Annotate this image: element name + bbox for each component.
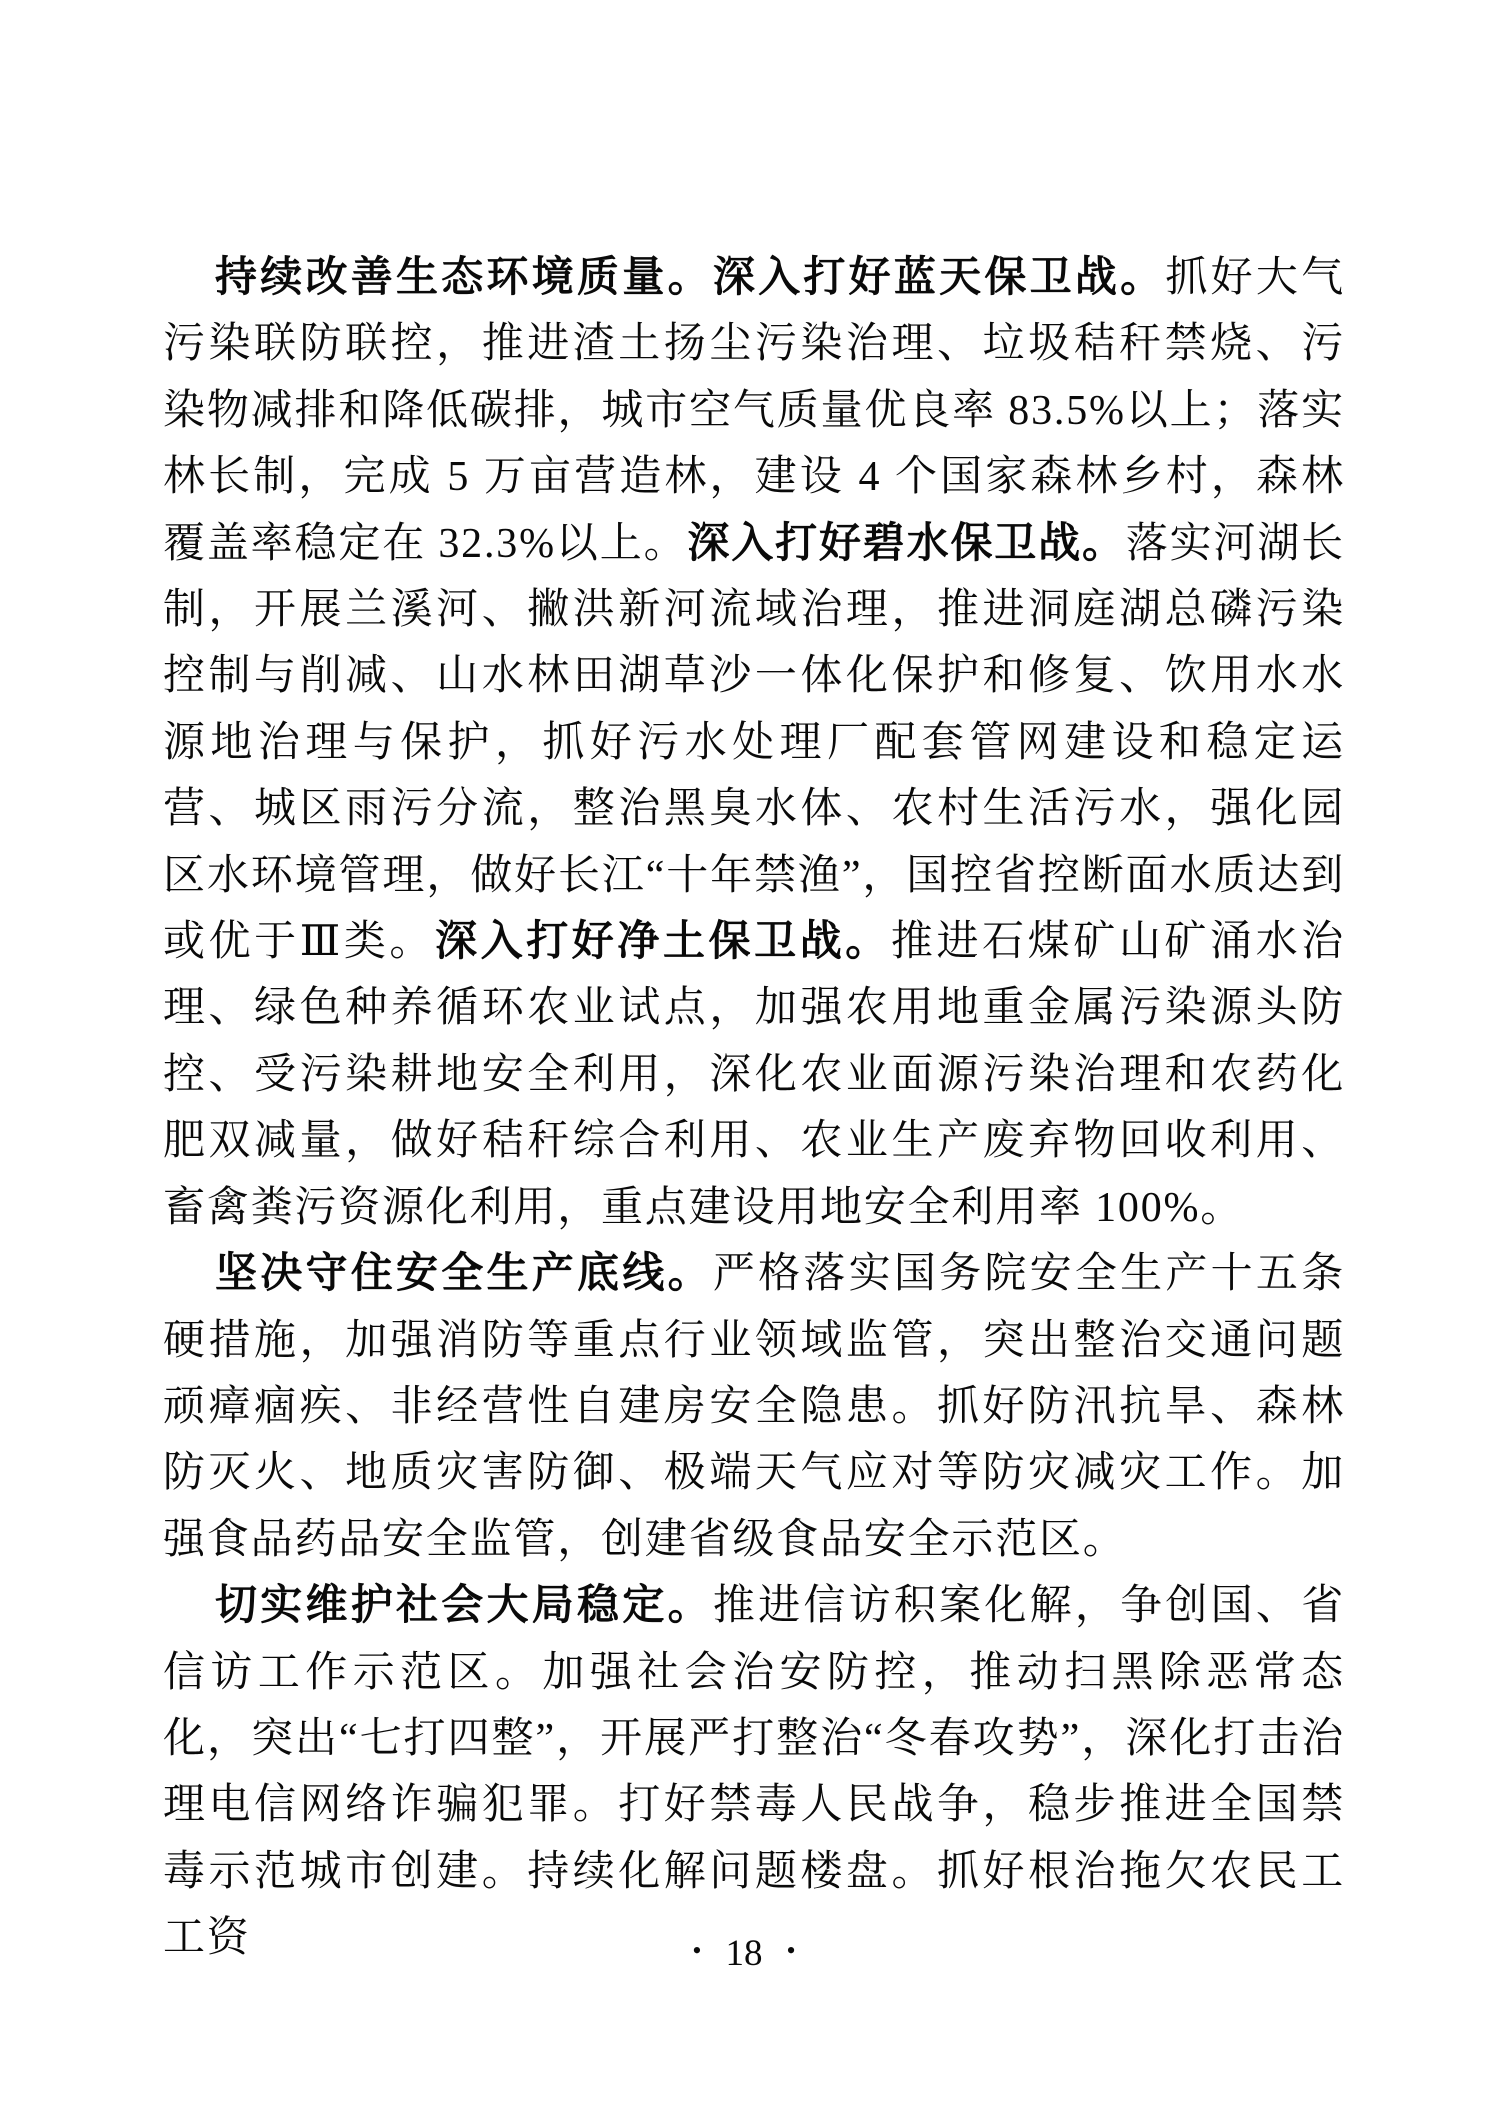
page-number: 18	[726, 1933, 763, 1974]
text-segment: 严格落实国务院安全生产十五条硬措施，加强消防等重点行业领域监管，突出整治交通问题…	[163, 1251, 1345, 1563]
text-segment: 落实河湖长制，开展兰溪河、撇洪新河流域治理，推进洞庭湖总磷污染控制与削减、山水林…	[163, 521, 1345, 965]
paragraph: 持续改善生态环境质量。深入打好蓝天保卫战。抓好大气污染联防联控，推进渣土扬尘污染…	[163, 245, 1345, 1241]
bold-heading-segment: 坚决守住安全生产底线。	[215, 1251, 713, 1297]
text-segment: 推进石煤矿山矿涌水治理、绿色种养循环农业试点，加强农用地重金属污染源头防控、受污…	[163, 919, 1345, 1231]
paragraph: 切实维护社会大局稳定。推进信访积案化解，争创国、省信访工作示范区。加强社会治安防…	[163, 1573, 1345, 1971]
document-page: 持续改善生态环境质量。深入打好蓝天保卫战。抓好大气污染联防联控，推进渣土扬尘污染…	[0, 0, 1488, 2104]
footer-left-dot: •	[692, 1936, 701, 1965]
footer-right-dot: •	[787, 1936, 796, 1965]
bold-heading-segment: 深入打好净土保卫战。	[435, 919, 891, 965]
bold-heading-segment: 深入打好碧水保卫战。	[687, 521, 1125, 567]
text-segment: 推进信访积案化解，争创国、省信访工作示范区。加强社会治安防控，推动扫黑除恶常态化…	[163, 1583, 1345, 1961]
bold-heading-segment: 持续改善生态环境质量。深入打好蓝天保卫战。	[215, 255, 1165, 301]
paragraph: 坚决守住安全生产底线。严格落实国务院安全生产十五条硬措施，加强消防等重点行业领域…	[163, 1241, 1345, 1573]
page-footer: •18•	[0, 1932, 1488, 1975]
bold-heading-segment: 切实维护社会大局稳定。	[215, 1583, 713, 1629]
document-body: 持续改善生态环境质量。深入打好蓝天保卫战。抓好大气污染联防联控，推进渣土扬尘污染…	[163, 245, 1345, 1972]
